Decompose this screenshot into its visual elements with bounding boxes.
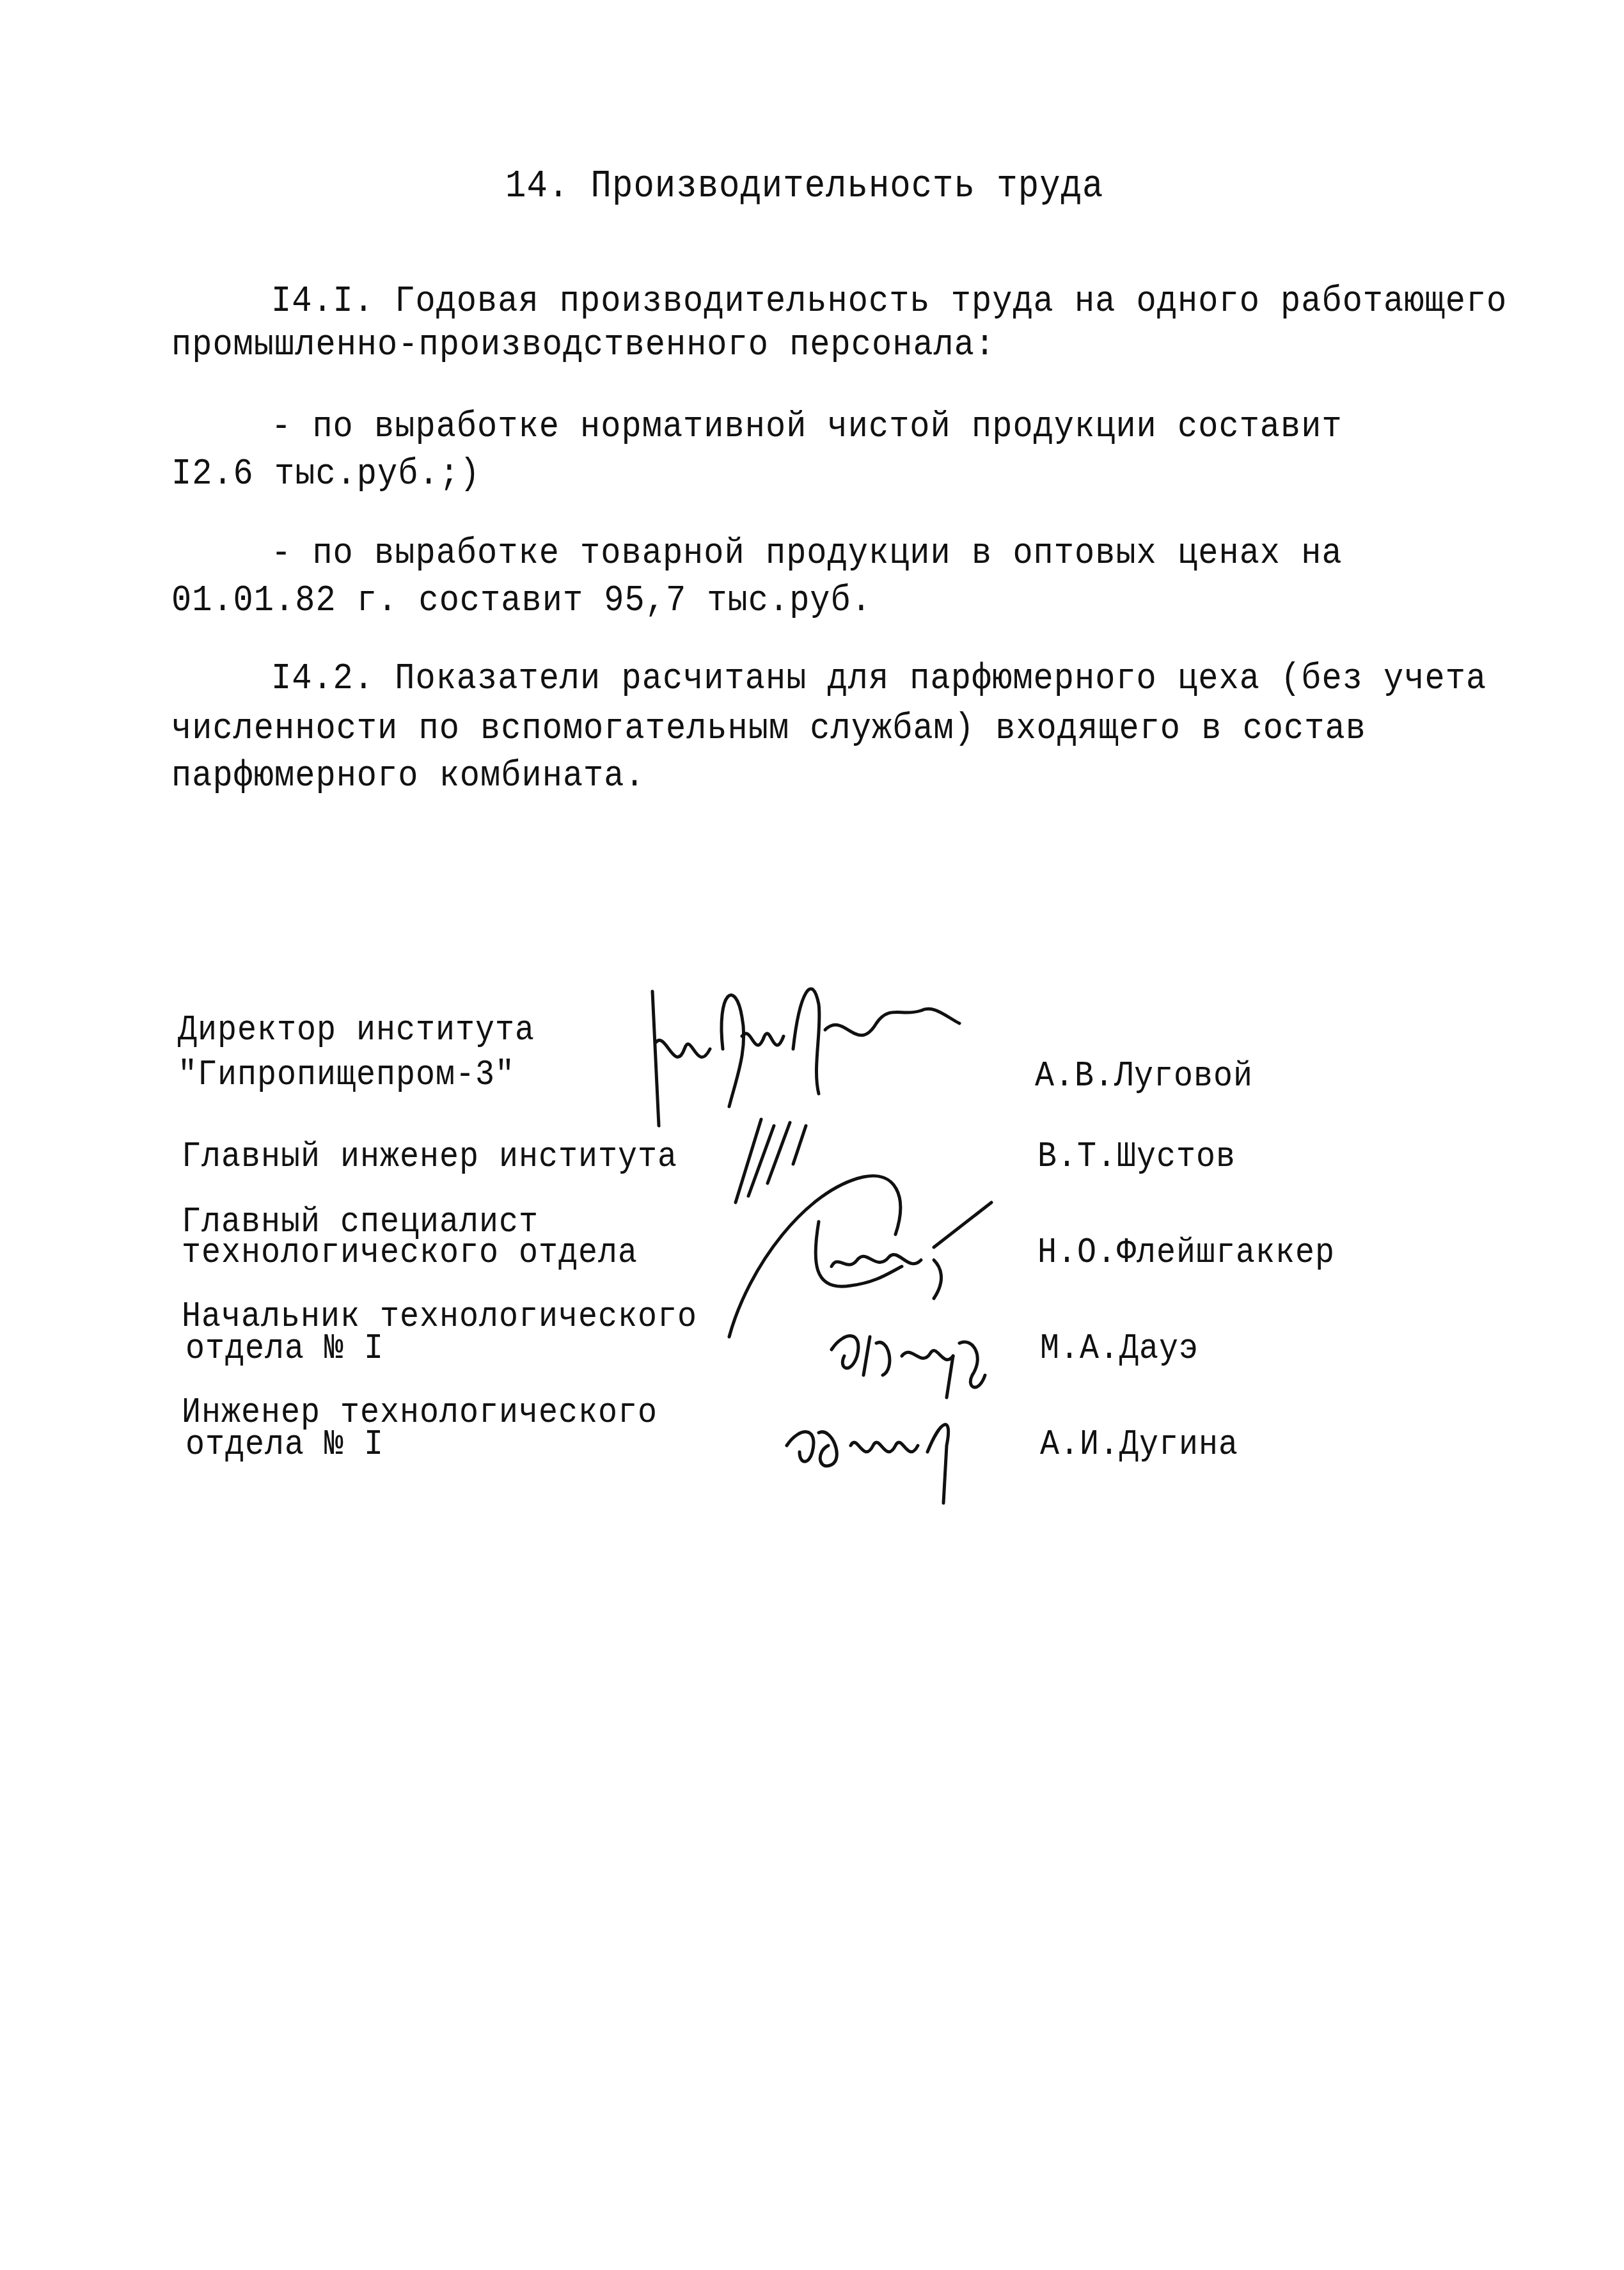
signatory-name: В.Т.Шустов: [1037, 1140, 1236, 1176]
paragraph-14-1-line-2: промышленно-производственного персонала:: [171, 326, 995, 363]
role-label: отдела № I: [185, 1332, 384, 1368]
role-label: "Гипропищепром-3": [178, 1058, 515, 1094]
section-title: 14. Производительность труда: [505, 168, 1103, 206]
bullet-commodity-output-line-2: 01.01.82 г. составит 95,7 тыс.руб.: [171, 582, 872, 619]
handwritten-signature-icon: [723, 1151, 1030, 1343]
role-label: технологического отдела: [182, 1236, 638, 1272]
bullet-net-output-line-2: I2.6 тыс.руб.;): [171, 455, 480, 493]
paragraph-14-1-line-1: I4.I. Годовая производительность труда н…: [271, 283, 1507, 320]
signatory-name: М.А.Дауэ: [1040, 1332, 1199, 1368]
role-label: Директор института: [178, 1013, 535, 1049]
signatory-name: А.И.Дугина: [1040, 1428, 1238, 1463]
paragraph-14-2-line-3: парфюмерного комбината.: [171, 757, 645, 794]
signatory-name: А.В.Луговой: [1035, 1059, 1253, 1095]
paragraph-14-2-line-2: численности по вспомогательным службам) …: [171, 710, 1366, 747]
handwritten-signature-icon: [640, 966, 972, 1132]
handwritten-signature-icon: [780, 1407, 966, 1509]
paragraph-14-2-line-1: I4.2. Показатели расчитаны для парфюмерн…: [271, 660, 1486, 697]
handwritten-signature-icon: [825, 1318, 998, 1401]
role-label: отдела № I: [185, 1428, 384, 1463]
signatory-name: Н.О.Флейшгаккер: [1037, 1236, 1335, 1272]
bullet-net-output-line-1: - по выработке нормативной чистой продук…: [271, 408, 1343, 445]
role-label: Главный инженер института: [182, 1140, 677, 1176]
bullet-commodity-output-line-1: - по выработке товарной продукции в опто…: [271, 535, 1343, 572]
